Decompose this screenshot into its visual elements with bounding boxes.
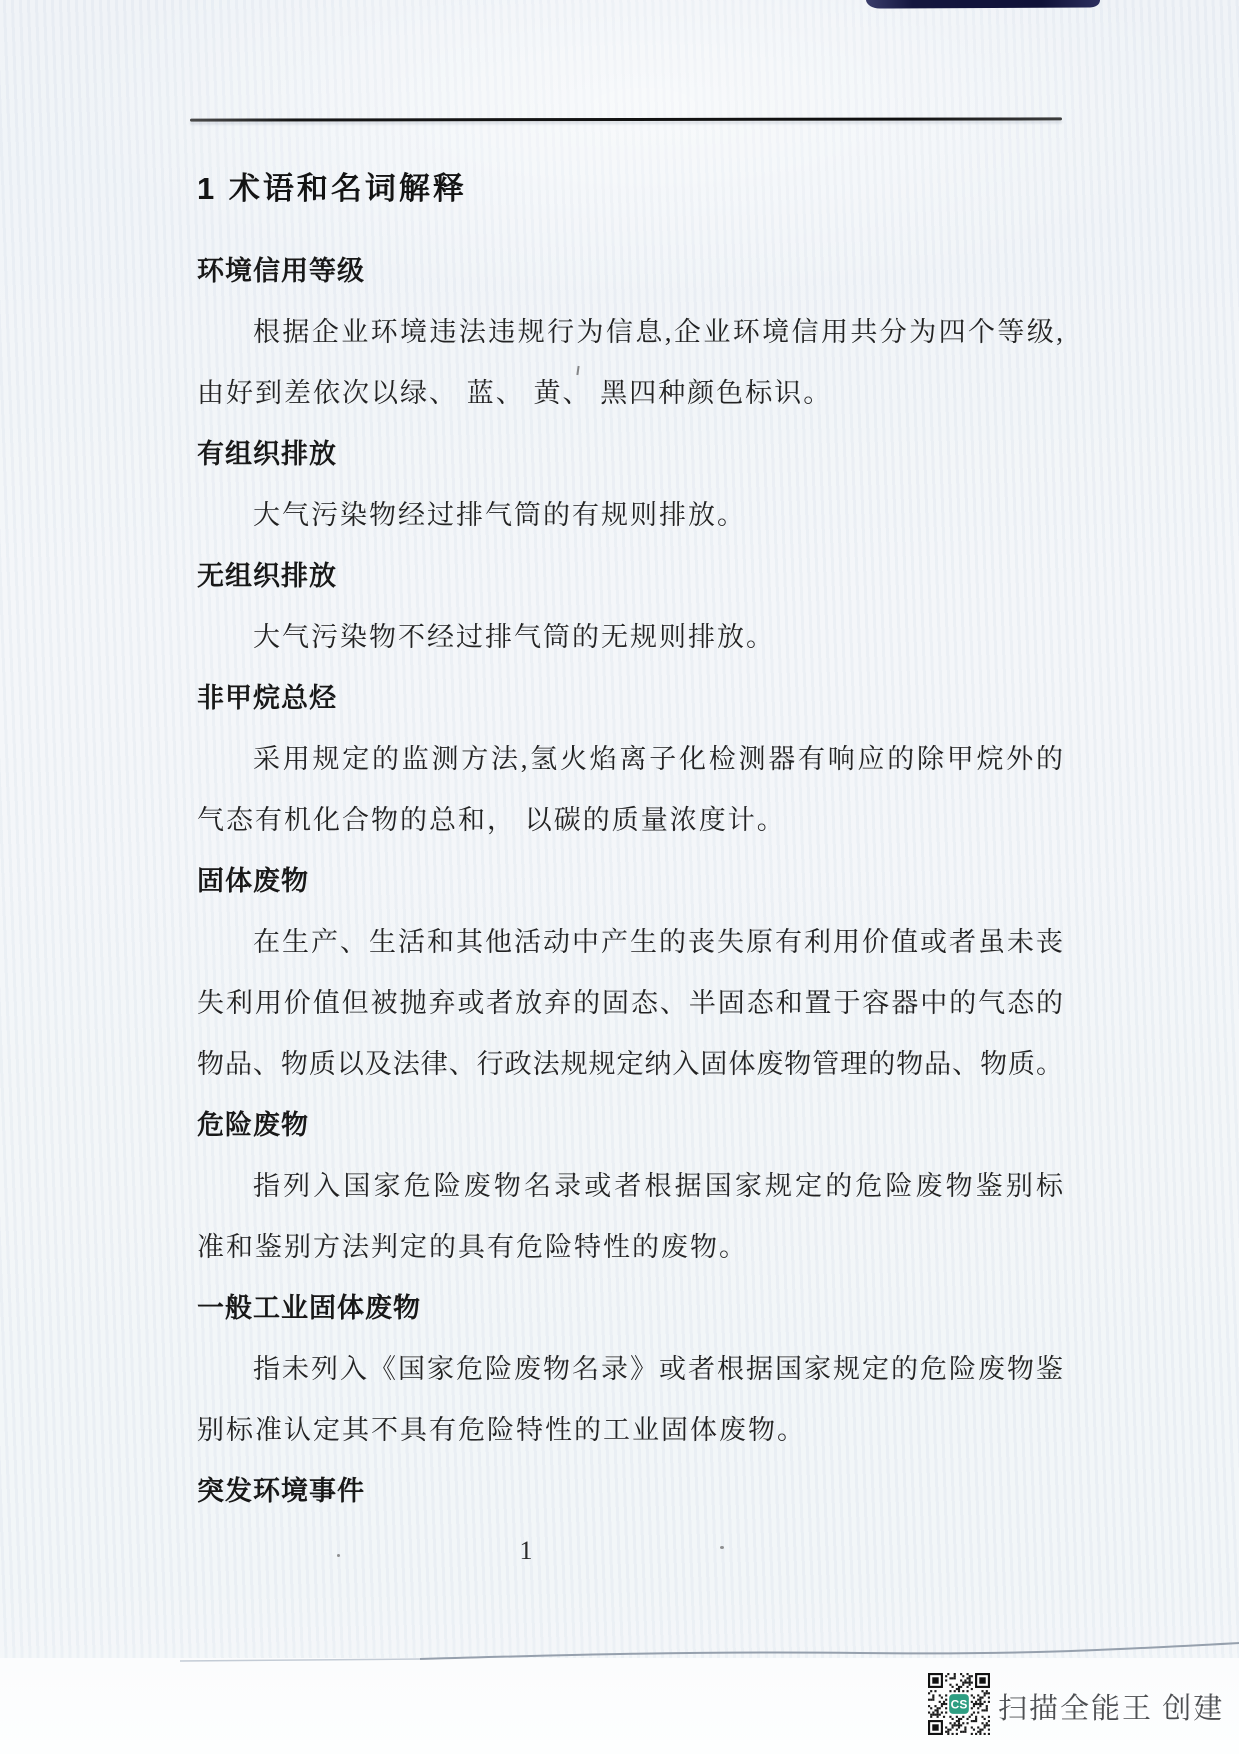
term-heading: 危险废物 <box>197 1095 1063 1156</box>
term-section: 突发环境事件 <box>197 1461 1063 1522</box>
definition-line: 采用规定的监测方法,氢火焰离子化检测器有响应的除甲烷外的 <box>197 729 1063 790</box>
term-section: 固体废物 在生产、生活和其他活动中产生的丧失原有利用价值或者虽未丧失利用价值但被… <box>197 851 1063 1095</box>
term-section: 危险废物 指列入国家危险废物名录或者根据国家规定的危险废物鉴别标准和鉴别方法判定… <box>197 1095 1063 1278</box>
definition-line: 气态有机化合物的总和， 以碳的质量浓度计。 <box>197 790 1063 851</box>
header-rule <box>190 117 1062 121</box>
definition-line: 准和鉴别方法判定的具有危险特性的废物。 <box>197 1217 1063 1278</box>
document-title: 1 术语和名词解释 <box>197 163 467 208</box>
definition-line: 物品、物质以及法律、行政法规规定纳入固体废物管理的物品、物质。 <box>197 1034 1063 1095</box>
qr-cs-logo: CS <box>948 1693 969 1714</box>
term-section: 无组织排放 大气污染物不经过排气筒的无规则排放。 <box>197 546 1063 668</box>
definition-line: 大气污染物不经过排气筒的无规则排放。 <box>197 607 1063 668</box>
camscanner-watermark-text: 扫描全能王 创建 <box>998 1686 1224 1727</box>
term-heading: 非甲烷总烃 <box>197 668 1063 729</box>
term-section: 环境信用等级 根据企业环境违法违规行为信息,企业环境信用共分为四个等级,由好到差… <box>197 241 1063 424</box>
scan-artifact-bar <box>866 0 1100 9</box>
term-heading: 有组织排放 <box>197 424 1063 485</box>
scan-speck <box>720 1546 724 1549</box>
scan-speck <box>337 1554 340 1557</box>
term-heading: 突发环境事件 <box>197 1461 1063 1522</box>
definitions-list: 环境信用等级 根据企业环境违法违规行为信息,企业环境信用共分为四个等级,由好到差… <box>197 241 1063 1522</box>
definition-line: 由好到差依次以绿、 蓝、 黄、 黑四种颜色标识。 <box>197 363 1063 424</box>
term-heading: 环境信用等级 <box>197 241 1063 302</box>
definition-line: 别标准认定其不具有危险特性的工业固体废物。 <box>197 1400 1063 1461</box>
definition-line: 指未列入《国家危险废物名录》或者根据国家规定的危险废物鉴 <box>197 1339 1063 1400</box>
definition-line: 失利用价值但被抛弃或者放弃的固态、半固态和置于容器中的气态的 <box>197 973 1063 1034</box>
definition-line: 根据企业环境违法违规行为信息,企业环境信用共分为四个等级, <box>197 302 1063 363</box>
term-section: 非甲烷总烃 采用规定的监测方法,氢火焰离子化检测器有响应的除甲烷外的气态有机化合… <box>197 668 1063 851</box>
definition-line: 在生产、生活和其他活动中产生的丧失原有利用价值或者虽未丧 <box>197 912 1063 973</box>
term-section: 一般工业固体废物 指未列入《国家危险废物名录》或者根据国家规定的危险废物鉴别标准… <box>197 1278 1063 1461</box>
term-heading: 固体废物 <box>197 851 1063 912</box>
scanned-document-page: 1 术语和名词解释 环境信用等级 根据企业环境违法违规行为信息,企业环境信用共分… <box>0 0 1239 1754</box>
page-number: 1 <box>506 1536 546 1566</box>
scan-edge-line <box>0 1636 1239 1670</box>
svg-text:CS: CS <box>951 1697 968 1711</box>
definition-line: 大气污染物经过排气筒的有规则排放。 <box>197 485 1063 546</box>
term-heading: 一般工业固体废物 <box>197 1278 1063 1339</box>
term-heading: 无组织排放 <box>197 546 1063 607</box>
qr-code: CS <box>928 1673 990 1735</box>
definition-line: 指列入国家危险废物名录或者根据国家规定的危险废物鉴别标 <box>197 1156 1063 1217</box>
term-section: 有组织排放 大气污染物经过排气筒的有规则排放。 <box>197 424 1063 546</box>
